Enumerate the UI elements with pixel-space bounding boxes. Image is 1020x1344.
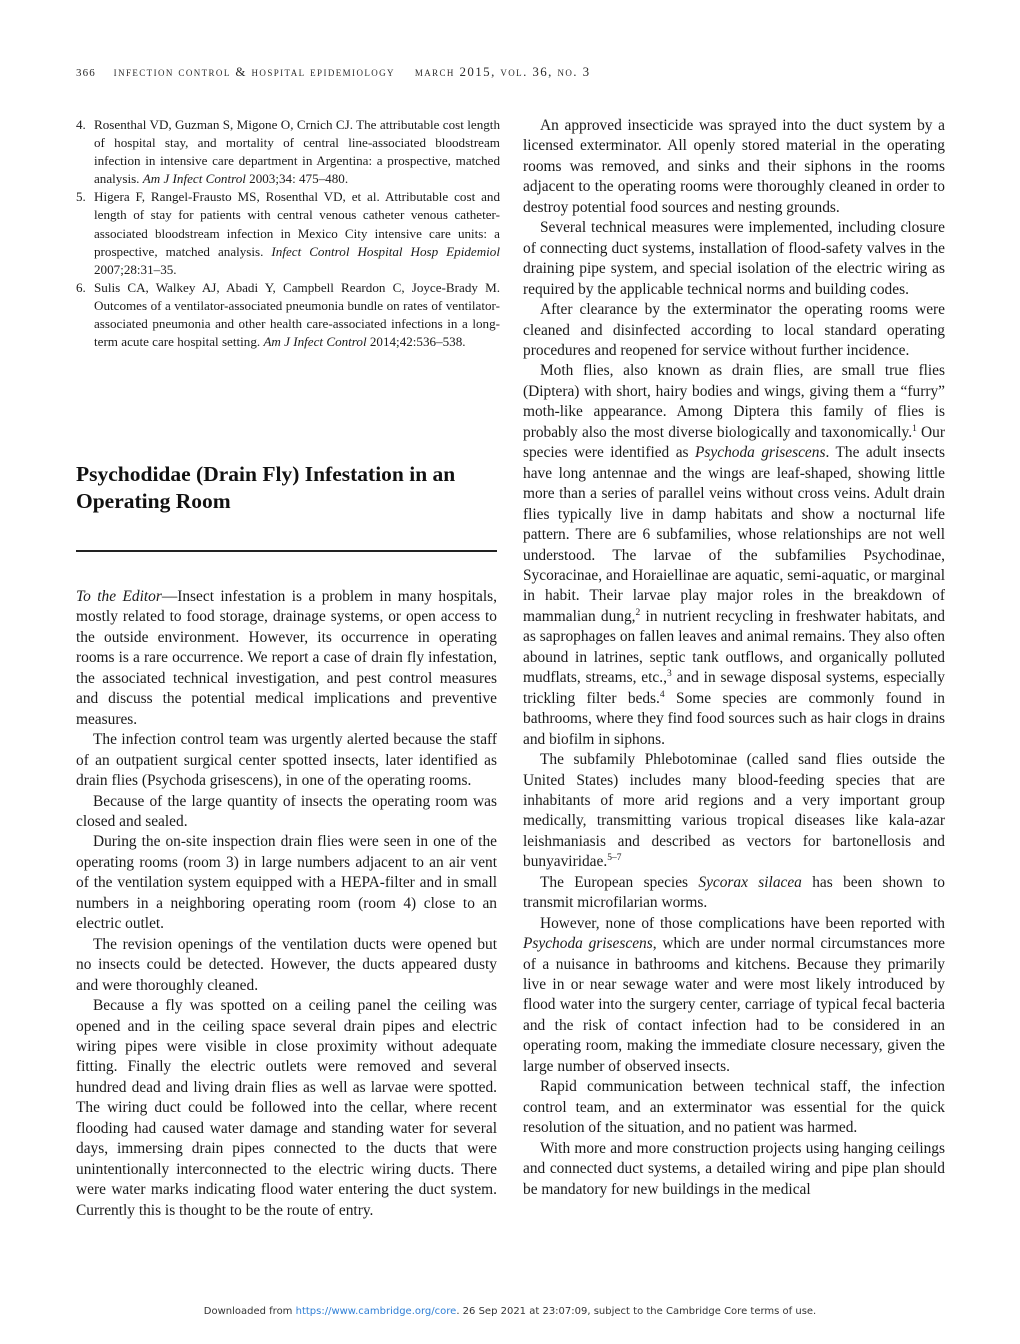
right-column-body: An approved insecticide was sprayed into… bbox=[523, 116, 945, 1200]
left-column-body: To the Editor—Insect infestation is a pr… bbox=[76, 587, 497, 1221]
page-number: 366 bbox=[76, 67, 96, 79]
paragraph: Because of the large quantity of insects… bbox=[76, 792, 497, 833]
paragraph: The infection control team was urgently … bbox=[76, 730, 497, 791]
paragraph: Several technical measures were implemen… bbox=[523, 218, 945, 300]
species-name: Psychoda grisescens bbox=[695, 444, 825, 461]
download-footer: Downloaded from https://www.cambridge.or… bbox=[0, 1306, 1020, 1317]
species-name: Psychoda grisescens bbox=[523, 935, 653, 952]
reference-journal: Am J Infect Control bbox=[143, 171, 246, 186]
title-divider bbox=[76, 550, 497, 552]
paragraph: Because a fly was spotted on a ceiling p… bbox=[76, 996, 497, 1221]
article-title: Psychodidae (Drain Fly) Infestation in a… bbox=[76, 461, 506, 515]
reference-citation: 2014;42:536–538. bbox=[367, 334, 466, 349]
footer-text: Downloaded from bbox=[204, 1306, 296, 1317]
paragraph: To the Editor—Insect infestation is a pr… bbox=[76, 587, 497, 730]
reference-list: 4. Rosenthal VD, Guzman S, Migone O, Crn… bbox=[76, 116, 500, 351]
reference-number: 5. bbox=[76, 188, 86, 206]
citation-superscript: 5–7 bbox=[607, 853, 621, 863]
species-name: Sycorax silacea bbox=[698, 874, 802, 891]
reference-citation: 2003;34: 475–480. bbox=[246, 171, 348, 186]
paragraph: An approved insecticide was sprayed into… bbox=[523, 116, 945, 218]
paragraph-text: , which are under normal circumstances m… bbox=[523, 935, 945, 1075]
cambridge-core-link[interactable]: https://www.cambridge.org/core bbox=[296, 1306, 457, 1317]
reference-item: 6. Sulis CA, Walkey AJ, Abadi Y, Campbel… bbox=[76, 279, 500, 351]
paragraph-text: . The adult insects have long antennae a… bbox=[523, 444, 945, 625]
reference-journal: Infect Control Hospital Hosp Epidemiol bbox=[271, 244, 500, 259]
paragraph: Moth flies, also known as drain flies, a… bbox=[523, 361, 945, 750]
paragraph: After clearance by the exterminator the … bbox=[523, 300, 945, 361]
reference-item: 5. Higera F, Rangel-Frausto MS, Rosentha… bbox=[76, 188, 500, 278]
paragraph: However, none of those complications hav… bbox=[523, 914, 945, 1078]
running-head: 366 INFECTION CONTROL & HOSPITAL EPIDEMI… bbox=[76, 64, 590, 80]
reference-number: 4. bbox=[76, 116, 86, 134]
paragraph: With more and more construction projects… bbox=[523, 1139, 945, 1200]
reference-citation: 2007;28:31–35. bbox=[94, 262, 177, 277]
reference-item: 4. Rosenthal VD, Guzman S, Migone O, Crn… bbox=[76, 116, 500, 188]
paragraph-text: —Insect infestation is a problem in many… bbox=[76, 588, 497, 728]
paragraph-text: The European species bbox=[540, 874, 698, 891]
paragraph: The European species Sycorax silacea has… bbox=[523, 873, 945, 914]
paragraph-text: However, none of those complications hav… bbox=[540, 915, 945, 932]
paragraph-text: Moth flies, also known as drain flies, a… bbox=[523, 362, 945, 440]
paragraph: Rapid communication between technical st… bbox=[523, 1077, 945, 1138]
paragraph-text: The subfamily Phlebotominae (called sand… bbox=[523, 751, 945, 870]
footer-text: . 26 Sep 2021 at 23:07:09, subject to th… bbox=[456, 1306, 816, 1317]
reference-journal: Am J Infect Control bbox=[263, 334, 366, 349]
paragraph: The revision openings of the ventilation… bbox=[76, 935, 497, 996]
issue-info: MARCH 2015, VOL. 36, NO. 3 bbox=[415, 64, 591, 79]
journal-name: INFECTION CONTROL & HOSPITAL EPIDEMIOLOG… bbox=[114, 64, 395, 79]
paragraph: The subfamily Phlebotominae (called sand… bbox=[523, 750, 945, 873]
reference-number: 6. bbox=[76, 279, 86, 297]
salutation: To the Editor bbox=[76, 588, 162, 605]
paragraph: During the on-site inspection drain flie… bbox=[76, 832, 497, 934]
